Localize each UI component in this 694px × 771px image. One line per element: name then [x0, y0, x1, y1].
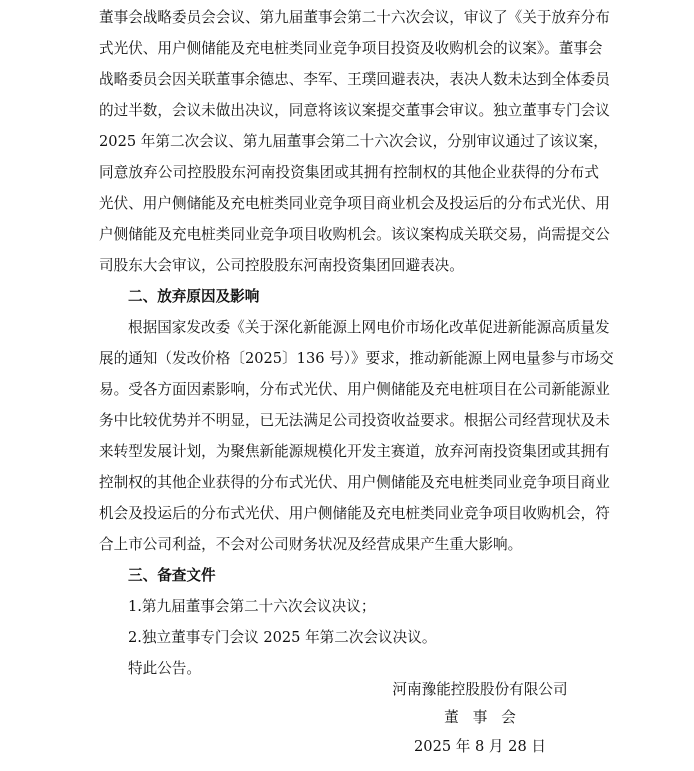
- text-line: 的过半数，会议未做出决议，同意将该议案提交董事会审议。独立董事专门会议: [99, 95, 599, 126]
- text-line: 易。受各方面因素影响，分布式光伏、用户侧储能及充电桩项目在公司新能源业: [99, 374, 599, 405]
- text-line: 合上市公司利益，不会对公司财务状况及经营成果产生重大影响。: [99, 529, 599, 560]
- attachment-item: 2.独立董事专门会议 2025 年第二次会议决议。: [99, 622, 599, 653]
- text-line: 根据国家发改委《关于深化新能源上网电价市场化改革促进新能源高质量发: [99, 312, 599, 343]
- text-line: 2025 年第二次会议、第九届董事会第二十六次会议，分别审议通过了该议案，: [99, 126, 599, 157]
- text-line: 董事会战略委员会会议、第九届董事会第二十六次会议，审议了《关于放弃分布: [99, 2, 599, 33]
- text-line: 务中比较优势并不明显，已无法满足公司投资收益要求。根据公司经营现状及未: [99, 405, 599, 436]
- paragraph-board-review: 董事会战略委员会会议、第九届董事会第二十六次会议，审议了《关于放弃分布 式光伏、…: [99, 2, 599, 281]
- paragraph-reasons: 根据国家发改委《关于深化新能源上网电价市场化改革促进新能源高质量发 展的通知（发…: [99, 312, 599, 560]
- text-line: 机会及投运后的分布式光伏、用户侧储能及充电桩类同业竞争项目收购机会，符: [99, 498, 599, 529]
- text-line: 光伏、用户侧储能及充电桩类同业竞争项目商业机会及投运后的分布式光伏、用: [99, 188, 599, 219]
- signature-board: 董事会: [380, 703, 580, 732]
- text-line: 同意放弃公司控股股东河南投资集团或其拥有控制权的其他企业获得的分布式: [99, 157, 599, 188]
- section-heading-reasons: 二、放弃原因及影响: [99, 281, 599, 312]
- text-line: 控制权的其他企业获得的分布式光伏、用户侧储能及充电桩类同业竞争项目商业: [99, 467, 599, 498]
- text-line: 展的通知（发改价格〔2025〕136 号）》要求，推动新能源上网电量参与市场交: [99, 343, 599, 374]
- text-line: 司股东大会审议，公司控股股东河南投资集团回避表决。: [99, 250, 599, 281]
- signature-company: 河南豫能控股股份有限公司: [380, 675, 580, 704]
- text-line: 战略委员会因关联董事余德忠、李军、王璞回避表决，表决人数未达到全体委员: [99, 64, 599, 95]
- signature-date: 2025 年 8 月 28 日: [380, 732, 580, 761]
- text-line: 户侧储能及充电桩类同业竞争项目收购机会。该议案构成关联交易，尚需提交公: [99, 219, 599, 250]
- section-heading-documents: 三、备查文件: [99, 560, 599, 591]
- attachment-item: 1.第九届董事会第二十六次会议决议；: [99, 591, 599, 622]
- text-line: 式光伏、用户侧储能及充电桩类同业竞争项目投资及收购机会的议案》。董事会: [99, 33, 599, 64]
- text-line: 来转型发展计划，为聚焦新能源规模化开发主赛道，放弃河南投资集团或其拥有: [99, 436, 599, 467]
- document-body: 董事会战略委员会会议、第九届董事会第二十六次会议，审议了《关于放弃分布 式光伏、…: [99, 2, 599, 684]
